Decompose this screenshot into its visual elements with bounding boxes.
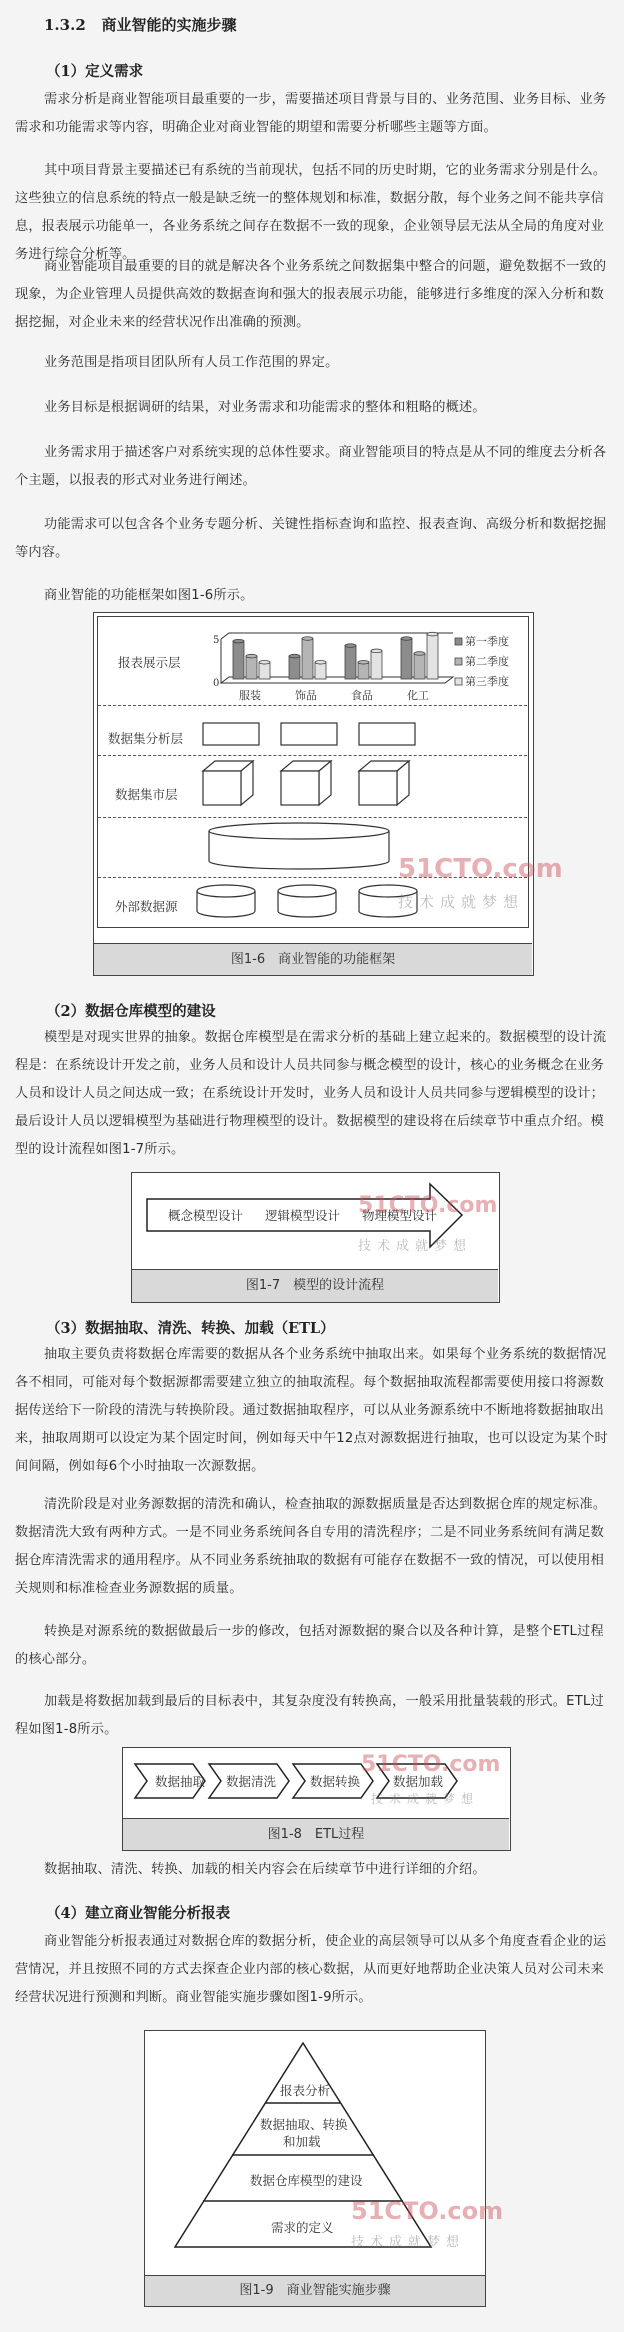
paragraph: 数据抽取、清洗、转换、加载的相关内容会在后续章节中进行详细的介绍。 [15, 1856, 611, 1884]
svg-text:第一季度: 第一季度 [465, 634, 509, 648]
layer-label-datamart: 数据集市层 [115, 785, 178, 803]
pyramid-level-report-analysis: 报表分析 [280, 2081, 330, 2099]
svg-text:0: 0 [213, 678, 219, 689]
watermark-slogan: 技术成就梦想 [358, 1235, 472, 1254]
watermark-logo: 51CTO.com [358, 1193, 497, 1218]
paragraph: 业务需求用于描述客户对系统实现的总体性要求。商业智能项目的特点是从不同的维度去分… [15, 439, 611, 495]
pyramid-level-requirements: 需求的定义 [271, 2218, 334, 2236]
paragraph: 加载是将数据加载到最后的目标表中，其复杂度没有转换高，一般采用批量装载的形式。E… [15, 1688, 611, 1744]
svg-text:饰品: 饰品 [295, 688, 317, 702]
figure-caption: 图1-6 商业智能的功能框架 [94, 943, 532, 975]
etl-step-transform: 数据转换 [310, 1772, 360, 1790]
etl-step-extract: 数据抽取 [155, 1772, 205, 1790]
paragraph: 业务目标是根据调研的结果，对业务需求和功能需求的整体和粗略的概述。 [15, 394, 611, 422]
figure-1-8: 数据抽取 数据清洗 数据转换 数据加载 51CTO.com 技术成就梦想 图1-… [122, 1747, 511, 1851]
svg-text:服装: 服装 [239, 688, 261, 702]
pyramid-level-etl: 数据抽取、转换 [260, 2115, 348, 2133]
figure-1-9: 报表分析 数据抽取、转换 和加载 数据仓库模型的建设 需求的定义 51CTO.c… [144, 2030, 486, 2307]
figure-caption: 图1-8 ETL过程 [123, 1818, 509, 1850]
paragraph: 抽取主要负责将数据仓库需要的数据从各个业务系统中抽取出来。如果每个业务系统的数据… [15, 1341, 611, 1481]
layer-divider [98, 755, 527, 756]
bar-chart: 50服装饰品食品化工第一季度第二季度第三季度 [193, 625, 523, 705]
figure-1-7: 概念模型设计 逻辑模型设计 物理模型设计 51CTO.com 技术成就梦想 图1… [131, 1172, 500, 1303]
paragraph: 商业智能项目最重要的目的就是解决各个业务系统之间数据集中整合的问题，避免数据不一… [15, 253, 611, 337]
section-title: 1.3.2 商业智能的实施步骤 [44, 14, 236, 35]
layer-divider [98, 705, 527, 706]
pyramid-level-etl-cont: 和加载 [283, 2132, 321, 2150]
watermark-slogan: 技术成就梦想 [371, 1790, 479, 1807]
pyramid-level-dw-model: 数据仓库模型的建设 [250, 2171, 363, 2189]
figure-caption: 图1-9 商业智能实施步骤 [145, 2275, 485, 2306]
svg-text:化工: 化工 [407, 688, 429, 702]
layer-label-external-source: 外部数据源 [115, 897, 178, 915]
watermark-logo: 51CTO.com [398, 854, 563, 884]
paragraph: 需求分析是商业智能项目最重要的一步，需要描述项目背景与目的、业务范围、业务目标、… [15, 86, 611, 142]
etl-step-clean: 数据清洗 [226, 1772, 276, 1790]
dataset-boxes [193, 713, 523, 753]
flow-step-logical: 逻辑模型设计 [265, 1206, 340, 1224]
paragraph: 清洗阶段是对业务源数据的清洗和确认，检查抽取的源数据质量是否达到数据仓库的规定标… [15, 1491, 611, 1603]
figure-caption: 图1-7 模型的设计流程 [132, 1269, 498, 1302]
step-heading-2: （2）数据仓库模型的建设 [46, 1000, 216, 1021]
svg-text:第二季度: 第二季度 [465, 654, 509, 668]
paragraph: 模型是对现实世界的抽象。数据仓库模型是在需求分析的基础上建立起来的。数据模型的设… [15, 1024, 611, 1164]
paragraph: 转换是对源系统的数据做最后一步的修改，包括对源数据的聚合以及各种计算，是整个ET… [15, 1618, 611, 1674]
watermark-logo: 51CTO.com [361, 1752, 500, 1777]
svg-text:第三季度: 第三季度 [465, 674, 509, 688]
paragraph: 功能需求可以包含各个业务专题分析、关键性指标查询和监控、报表查询、高级分析和数据… [15, 511, 611, 567]
section-number: 1.3.2 [44, 16, 86, 34]
flow-step-conceptual: 概念模型设计 [168, 1206, 243, 1224]
svg-text:食品: 食品 [351, 689, 373, 702]
datamart-cubes [193, 757, 523, 817]
step-heading-1: （1）定义需求 [46, 60, 143, 81]
step-heading-3: （3）数据抽取、清洗、转换、加载（ETL） [46, 1317, 335, 1338]
layer-label-dataset-analysis: 数据集分析层 [108, 729, 183, 747]
paragraph: 业务范围是指项目团队所有人员工作范围的界定。 [15, 349, 611, 377]
figure-1-6: 报表展示层 数据集分析层 数据集市层 数据仓库 外部数据源 50服装饰品食品化工… [93, 612, 534, 976]
paragraph: 商业智能的功能框架如图1-6所示。 [15, 582, 611, 610]
watermark-slogan: 技术成就梦想 [398, 891, 524, 912]
watermark-slogan: 技术成就梦想 [351, 2231, 465, 2250]
watermark-logo: 51CTO.com [351, 2197, 503, 2225]
section-title-text: 商业智能的实施步骤 [101, 16, 236, 34]
layer-label-report: 报表展示层 [118, 653, 181, 671]
step-heading-4: （4）建立商业智能分析报表 [46, 1902, 230, 1923]
framework-inner-frame: 报表展示层 数据集分析层 数据集市层 数据仓库 外部数据源 50服装饰品食品化工… [97, 616, 529, 928]
paragraph: 商业智能分析报表通过对数据仓库的数据分析，使企业的高层领导可以从多个角度查看企业… [15, 1928, 611, 2012]
svg-text:5: 5 [213, 635, 219, 646]
